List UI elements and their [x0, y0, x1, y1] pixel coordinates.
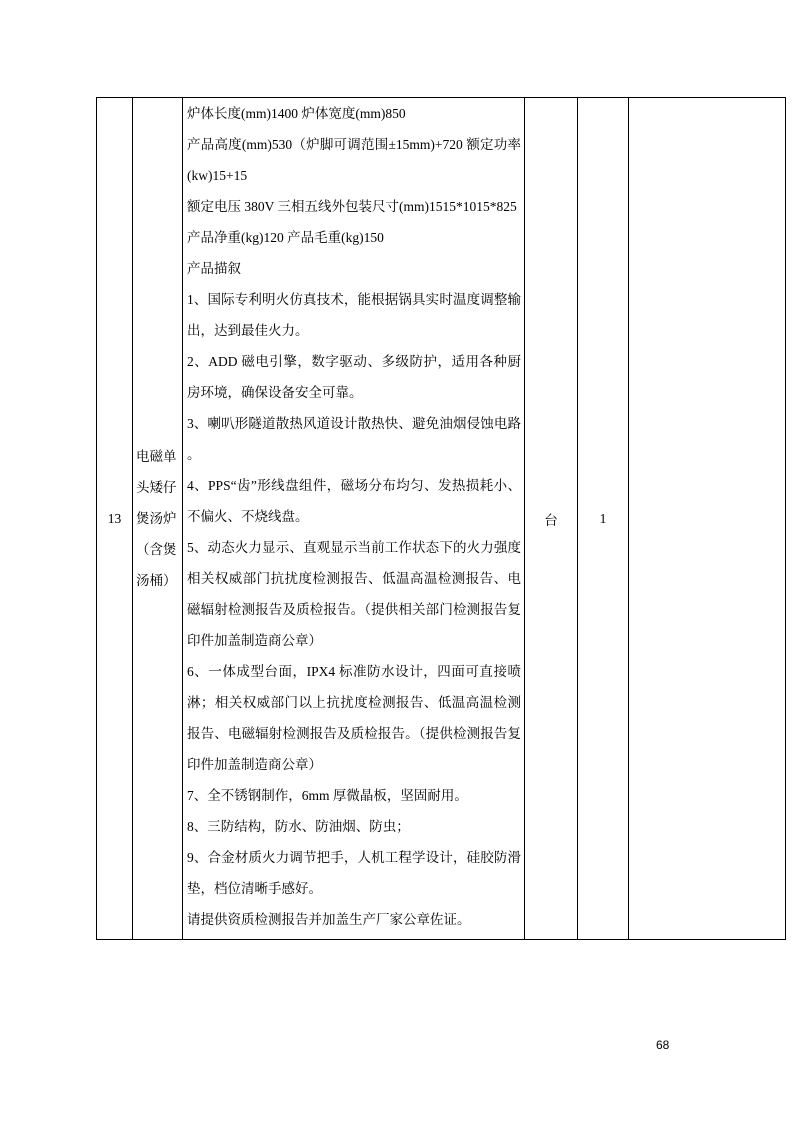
item-specifications-cell: 炉体长度(mm)1400 炉体宽度(mm)850 产品高度(mm)530（炉脚可… [183, 98, 525, 940]
quantity-cell: 1 [578, 98, 629, 940]
remark-cell [629, 98, 786, 940]
unit-cell: 台 [525, 98, 578, 940]
item-number-cell: 13 [97, 98, 133, 940]
item-name-cell: 电磁单头矮仔煲汤炉（含煲汤桶） [133, 98, 183, 940]
table-row: 13 电磁单头矮仔煲汤炉（含煲汤桶） 炉体长度(mm)1400 炉体宽度(mm)… [97, 98, 786, 940]
item-name: 电磁单头矮仔煲汤炉（含煲汤桶） [136, 441, 179, 596]
equipment-spec-table: 13 电磁单头矮仔煲汤炉（含煲汤桶） 炉体长度(mm)1400 炉体宽度(mm)… [96, 97, 786, 940]
page-number: 68 [656, 1038, 669, 1052]
